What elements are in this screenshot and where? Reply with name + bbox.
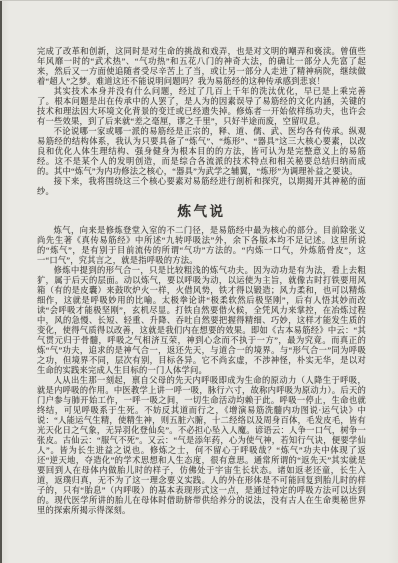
paragraph-continuation: 完成了改革和创新，这同时是对生命的挑战和戏弄，也是对文明的嘲弄和亵渎。曾值些年风… <box>37 47 366 87</box>
text-block: 完成了改革和创新，这同时是对生命的挑战和戏弄，也是对文明的嘲弄和亵渎。曾值些年风… <box>37 47 366 516</box>
paragraph: 其实技术本身并没有什么问题，经过了几百上千年的洗汰优化，早已是上乘完善了。根本问… <box>37 87 366 127</box>
paragraph: 修炼中提到的形气合一，只是比较粗浅的炼气功夫。因为动功是有为法，看上去粗犷，属于… <box>37 266 366 376</box>
paragraph: 接下来，我将围绕这三个核心要素对易筋经进行剖析和探究，以期揭开其神秘的面纱。 <box>37 177 366 197</box>
scan-top-edge <box>0 0 398 1</box>
scan-left-edge <box>0 0 2 563</box>
paragraph: 不论说哪一家或哪一派的易筋经是正宗的，释、道、儒、武、医均各有传承。纵观易筋经的… <box>37 127 366 177</box>
section-heading: 炼气说 <box>37 204 366 219</box>
scanned-page: 完成了改革和创新，这同时是对生命的挑战和戏弄，也是对文明的嘲弄和亵渎。曾值些年风… <box>0 0 398 563</box>
paragraph: 炼气，向来是修炼登堂入室的不二门径，是易筋经中最为核心的部分。目前除张义尚先生著… <box>37 226 366 266</box>
paragraph: 人从出生那一刻起，禀自父母的先天内呼吸即成为生命的原动力（人降生于呼吸，就是内呼… <box>37 376 366 516</box>
